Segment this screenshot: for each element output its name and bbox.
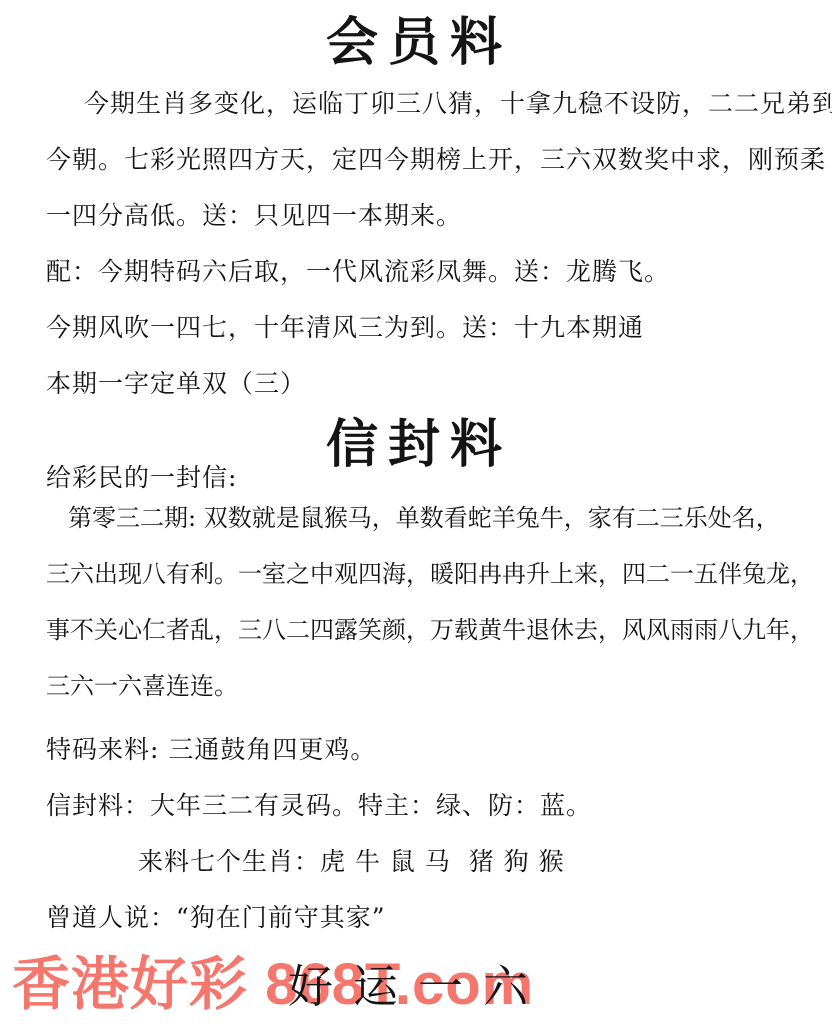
tip-sheet-page: 会员料 今期生肖多变化，运临丁卯三八猜，十拿九稳不设防，二二兄弟到 今朝。七彩光…	[0, 0, 832, 1024]
member-pairing-line: 配：今期特码六后取，一代风流彩凤舞。送：龙腾飞。	[46, 244, 792, 300]
special-code-line: 特码来料: 三通鼓角四更鸡。	[46, 722, 792, 778]
member-paragraph-line: 一四分高低。送：只见四一本期来。	[46, 188, 792, 244]
envelope-letter-line: 三六出现八有利。一室之中观四海，暖阳冉冉升上来，四二一五伴兔龙，	[46, 546, 792, 602]
member-wind-line: 今期风吹一四七，十年清风三为到。送：十九本期通	[46, 300, 792, 356]
zodiac-line: 来料七个生肖：虎 牛 鼠 马 猪 狗 猴	[46, 834, 792, 890]
member-single-double-line: 本期一字定单双（三）	[46, 356, 792, 412]
member-paragraph-line: 今朝。七彩光照四方天，定四今期榜上开，三六双数奖中求，刚预柔	[46, 132, 792, 188]
envelope-letter-line: 事不关心仁者乱，三八二四露笑颜，万载黄牛退休去，风风雨雨八九年，	[46, 602, 792, 658]
member-section-title: 会员料	[46, 10, 792, 76]
footer-watermark-area: 香港好彩 868T.com 好运一六	[0, 950, 832, 1024]
envelope-letter-line: 三六一六喜连连。	[46, 658, 792, 714]
good-luck-overlay-text: 好运一六	[288, 962, 548, 1012]
quote-line: 曾道人说：“狗在门前守其家”	[46, 890, 792, 946]
page-content: 会员料 今期生肖多变化，运临丁卯三八猜，十拿九稳不设防，二二兄弟到 今朝。七彩光…	[0, 10, 832, 946]
envelope-section-header: 信封料 给彩民的一封信:	[46, 412, 792, 490]
envelope-intro-line: 给彩民的一封信:	[46, 458, 237, 494]
envelope-tip-line: 信封料：大年三二有灵码。特主：绿、防：蓝。	[46, 778, 792, 834]
member-paragraph-line: 今期生肖多变化，运临丁卯三八猜，十拿九稳不设防，二二兄弟到	[46, 76, 792, 132]
envelope-letter-line: 第零三二期: 双数就是鼠猴马，单数看蛇羊兔牛，家有二三乐处名，	[46, 490, 792, 546]
